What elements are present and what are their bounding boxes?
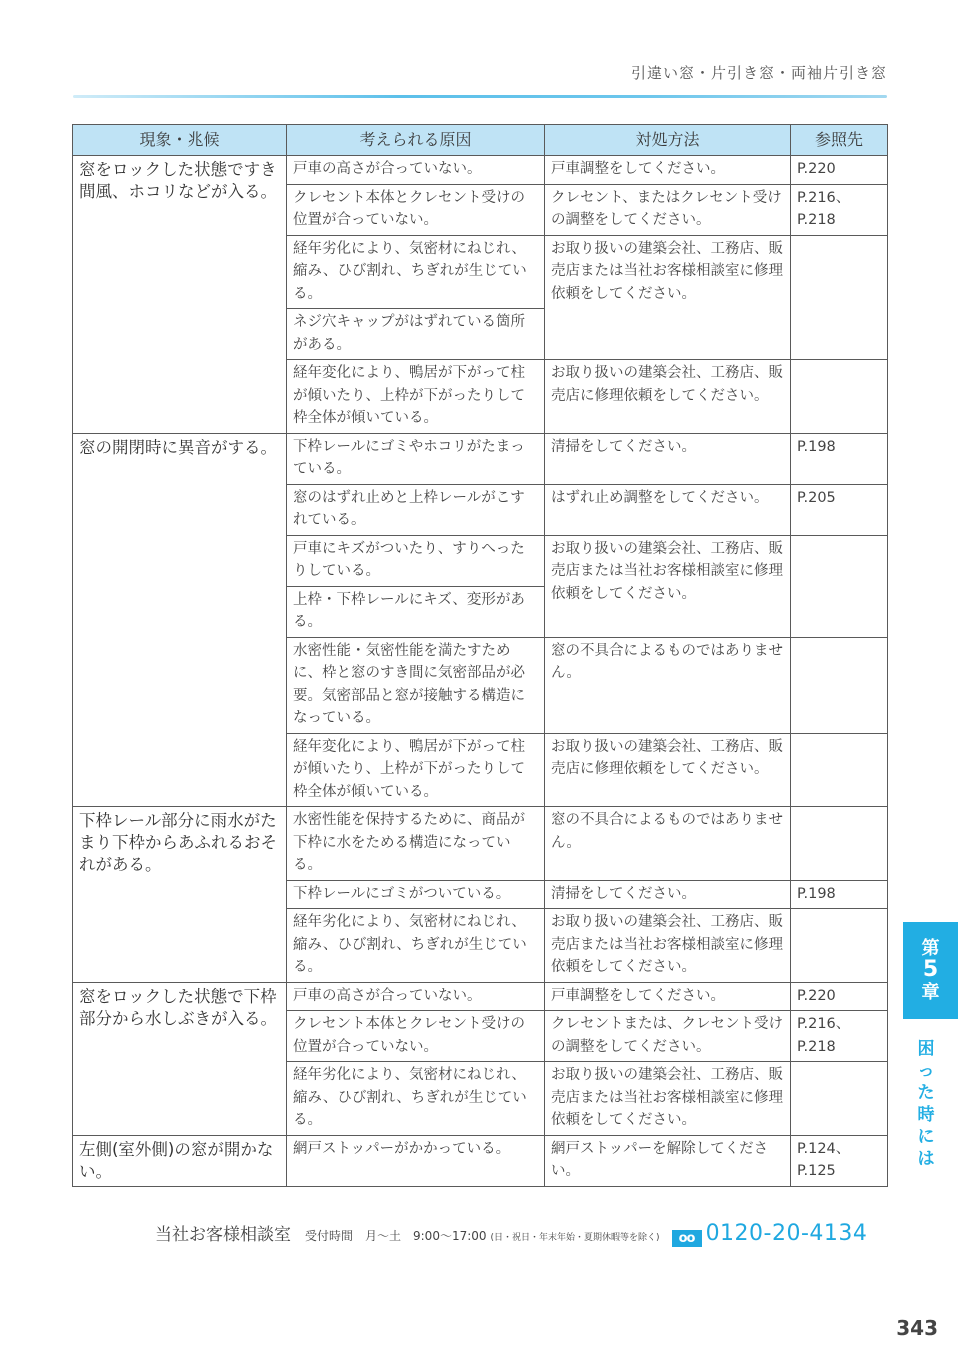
cause-cell: 網戸ストッパーがかかっている。 bbox=[287, 1135, 545, 1186]
action-cell: お取り扱いの建築会社、工務店、販売店または当社お客様相談室に修理依頼をしてくださ… bbox=[545, 235, 791, 360]
reference-cell: P.220 bbox=[791, 156, 888, 185]
column-header-reference: 参照先 bbox=[791, 125, 888, 156]
table-row: 下枠レール部分に雨水がたまり下枠からあふれるおそれがある。 水密性能を保持するた… bbox=[73, 807, 888, 881]
symptom-cell: 窓の開閉時に異音がする。 bbox=[73, 433, 287, 807]
reference-cell bbox=[791, 637, 888, 733]
action-cell: お取り扱いの建築会社、工務店、販売店または当社お客様相談室に修理依頼をしてくださ… bbox=[545, 535, 791, 637]
table-row: 左側(室外側)の窓が開かない。 網戸ストッパーがかかっている。 網戸ストッパーを… bbox=[73, 1135, 888, 1186]
symptom-cell: 窓をロックした状態ですき間風、ホコリなどが入る。 bbox=[73, 156, 287, 434]
reference-cell: P.216、P.218 bbox=[791, 184, 888, 235]
cause-cell: 戸車の高さが合っていない。 bbox=[287, 982, 545, 1011]
table-row: 窓をロックした状態ですき間風、ホコリなどが入る。 戸車の高さが合っていない。 戸… bbox=[73, 156, 888, 185]
cause-cell: 水密性能・気密性能を満たすために、枠と窓のすき間に気密部品が必要。気密部品と窓が… bbox=[287, 637, 545, 733]
reference-cell bbox=[791, 535, 888, 637]
troubleshooting-table: 現象・兆候 考えられる原因 対処方法 参照先 窓をロックした状態ですき間風、ホコ… bbox=[72, 124, 888, 1187]
action-cell: 網戸ストッパーを解除してください。 bbox=[545, 1135, 791, 1186]
reference-cell bbox=[791, 360, 888, 434]
chapter-number: 5 bbox=[923, 958, 938, 982]
action-cell: お取り扱いの建築会社、工務店、販売店に修理依頼をしてください。 bbox=[545, 360, 791, 434]
reference-cell: P.220 bbox=[791, 982, 888, 1011]
action-cell: 戸車調整をしてください。 bbox=[545, 982, 791, 1011]
cause-cell: 経年劣化により、気密材にねじれ、縮み、ひび割れ、ちぎれが生じている。 bbox=[287, 1062, 545, 1136]
action-cell: お取り扱いの建築会社、工務店、販売店に修理依頼をしてください。 bbox=[545, 733, 791, 807]
chapter-suffix: 章 bbox=[922, 983, 940, 1003]
business-hours: 受付時間 月〜土 9:00〜17:00 bbox=[305, 1227, 487, 1244]
action-cell: クレセント、またはクレセント受けの調整をしてください。 bbox=[545, 184, 791, 235]
symptom-cell: 窓をロックした状態で下枠部分から水しぶきが入る。 bbox=[73, 982, 287, 1135]
cause-cell: クレセント本体とクレセント受けの位置が合っていない。 bbox=[287, 184, 545, 235]
reference-cell bbox=[791, 1062, 888, 1136]
cause-cell: 窓のはずれ止めと上枠レールがこすれている。 bbox=[287, 484, 545, 535]
symptom-cell: 左側(室外側)の窓が開かない。 bbox=[73, 1135, 287, 1186]
action-cell: 窓の不具合によるものではありません。 bbox=[545, 807, 791, 881]
freedial-icon: oo bbox=[672, 1230, 702, 1247]
cause-cell: クレセント本体とクレセント受けの位置が合っていない。 bbox=[287, 1011, 545, 1062]
column-header-action: 対処方法 bbox=[545, 125, 791, 156]
reference-cell: P.216、P.218 bbox=[791, 1011, 888, 1062]
phone-number[interactable]: 0120-20-4134 bbox=[706, 1221, 868, 1246]
action-cell: お取り扱いの建築会社、工務店、販売店または当社お客様相談室に修理依頼をしてくださ… bbox=[545, 1062, 791, 1136]
reference-cell bbox=[791, 909, 888, 983]
reference-cell bbox=[791, 733, 888, 807]
action-cell: はずれ止め調整をしてください。 bbox=[545, 484, 791, 535]
action-cell: クレセントまたは、クレセント受けの調整をしてください。 bbox=[545, 1011, 791, 1062]
chapter-prefix: 第 bbox=[922, 939, 940, 959]
action-cell: お取り扱いの建築会社、工務店、販売店または当社お客様相談室に修理依頼をしてくださ… bbox=[545, 909, 791, 983]
customer-service-label: 当社お客様相談室 bbox=[155, 1220, 291, 1245]
reference-cell: P.198 bbox=[791, 880, 888, 909]
cause-cell: 経年劣化により、気密材にねじれ、縮み、ひび割れ、ちぎれが生じている。 bbox=[287, 235, 545, 309]
table-row: 窓をロックした状態で下枠部分から水しぶきが入る。 戸車の高さが合っていない。 戸… bbox=[73, 982, 888, 1011]
reference-cell: P.198 bbox=[791, 433, 888, 484]
chapter-tab[interactable]: 第 5 章 bbox=[903, 922, 958, 1019]
reference-cell: P.124、P.125 bbox=[791, 1135, 888, 1186]
reference-cell bbox=[791, 235, 888, 360]
cause-cell: 経年変化により、鴨居が下がって柱が傾いたり、上枠が下がったりして枠全体が傾いてい… bbox=[287, 733, 545, 807]
customer-service-footer: 当社お客様相談室 受付時間 月〜土 9:00〜17:00 (日・祝日・年末年始・… bbox=[155, 1220, 867, 1246]
action-cell: 清掃をしてください。 bbox=[545, 880, 791, 909]
cause-cell: 戸車の高さが合っていない。 bbox=[287, 156, 545, 185]
chapter-title: 困った時には bbox=[916, 1038, 936, 1170]
cause-cell: 経年劣化により、気密材にねじれ、縮み、ひび割れ、ちぎれが生じている。 bbox=[287, 909, 545, 983]
reference-cell bbox=[791, 807, 888, 881]
cause-cell: 下枠レールにゴミがついている。 bbox=[287, 880, 545, 909]
business-hours-note: (日・祝日・年末年始・夏期休暇等を除く) bbox=[491, 1230, 660, 1243]
cause-cell: 戸車にキズがついたり、すりへったりしている。 bbox=[287, 535, 545, 586]
cause-cell: ネジ穴キャップがはずれている箇所がある。 bbox=[287, 309, 545, 360]
header-divider bbox=[73, 95, 887, 98]
action-cell: 窓の不具合によるものではありません。 bbox=[545, 637, 791, 733]
table-header-row: 現象・兆候 考えられる原因 対処方法 参照先 bbox=[73, 125, 888, 156]
page-number: 343 bbox=[896, 1316, 938, 1340]
cause-cell: 下枠レールにゴミやホコリがたまっている。 bbox=[287, 433, 545, 484]
symptom-cell: 下枠レール部分に雨水がたまり下枠からあふれるおそれがある。 bbox=[73, 807, 287, 983]
table-row: 窓の開閉時に異音がする。 下枠レールにゴミやホコリがたまっている。 清掃をしてく… bbox=[73, 433, 888, 484]
column-header-symptom: 現象・兆候 bbox=[73, 125, 287, 156]
cause-cell: 上枠・下枠レールにキズ、変形がある。 bbox=[287, 586, 545, 637]
action-cell: 戸車調整をしてください。 bbox=[545, 156, 791, 185]
action-cell: 清掃をしてください。 bbox=[545, 433, 791, 484]
cause-cell: 経年変化により、鴨居が下がって柱が傾いたり、上枠が下がったりして枠全体が傾いてい… bbox=[287, 360, 545, 434]
column-header-cause: 考えられる原因 bbox=[287, 125, 545, 156]
cause-cell: 水密性能を保持するために、商品が下枠に水をためる構造になっている。 bbox=[287, 807, 545, 881]
reference-cell: P.205 bbox=[791, 484, 888, 535]
page-header-title: 引違い窓・片引き窓・両袖片引き窓 bbox=[631, 62, 887, 83]
